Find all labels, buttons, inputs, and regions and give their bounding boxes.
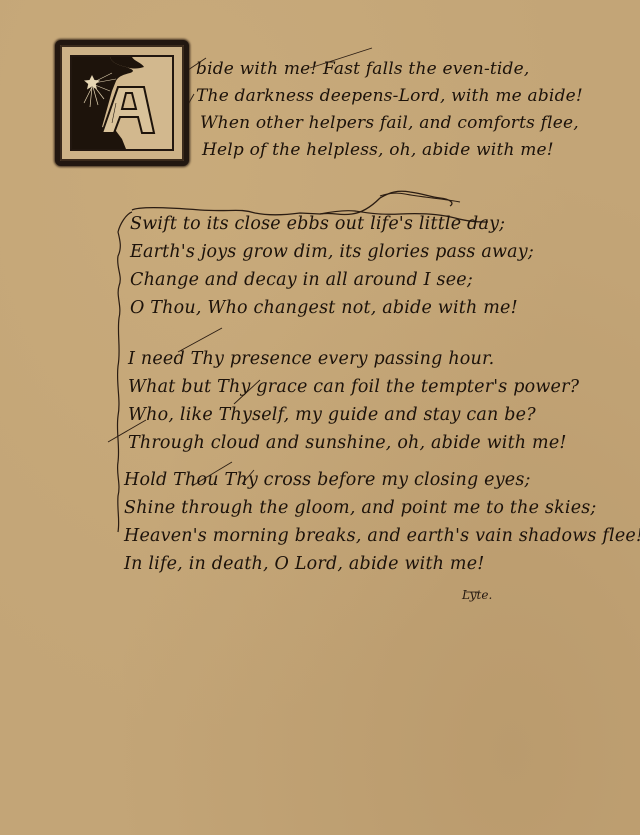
stanza-4-line-3: Heaven's morning breaks, and earth's vai… [124, 522, 640, 550]
stanza-2: Swift to its close ebbs out life's littl… [130, 210, 534, 322]
stanza-1-line-1: bide with me! Fast falls the even-tide, [196, 56, 583, 83]
star-and-letter-a-icon [72, 57, 172, 149]
stanza-1: bide with me! Fast falls the even-tide, … [196, 56, 583, 164]
stanza-2-line-1: Swift to its close ebbs out life's littl… [130, 210, 534, 238]
page: bide with me! Fast falls the even-tide, … [0, 0, 640, 835]
initial-artwork [70, 55, 174, 151]
stanza-4-line-1: Hold Thou Thy cross before my closing ey… [124, 466, 640, 494]
stanza-3-line-1: I need Thy presence every passing hour. [128, 345, 579, 373]
stanza-1-line-2: The darkness deepens-Lord, with me abide… [196, 83, 583, 110]
stanza-1-line-4: Help of the helpless, oh, abide with me! [202, 137, 583, 164]
author-signature: Lyte. [462, 588, 492, 602]
stanza-4-line-4: In life, in death, O Lord, abide with me… [124, 550, 640, 578]
stanza-3: I need Thy presence every passing hour. … [128, 345, 579, 457]
stanza-4: Hold Thou Thy cross before my closing ey… [124, 466, 640, 578]
stanza-2-line-3: Change and decay in all around I see; [130, 266, 534, 294]
stanza-3-line-3: Who, like Thyself, my guide and stay can… [128, 401, 579, 429]
stanza-4-line-2: Shine through the gloom, and point me to… [124, 494, 640, 522]
stanza-2-line-4: O Thou, Who changest not, abide with me! [130, 294, 534, 322]
stanza-1-line-3: When other helpers fail, and comforts fl… [200, 110, 583, 137]
stanza-3-line-4: Through cloud and sunshine, oh, abide wi… [128, 429, 579, 457]
illuminated-initial [55, 40, 189, 166]
stanza-2-line-2: Earth's joys grow dim, its glories pass … [130, 238, 534, 266]
stanza-3-line-2: What but Thy grace can foil the tempter'… [128, 373, 579, 401]
